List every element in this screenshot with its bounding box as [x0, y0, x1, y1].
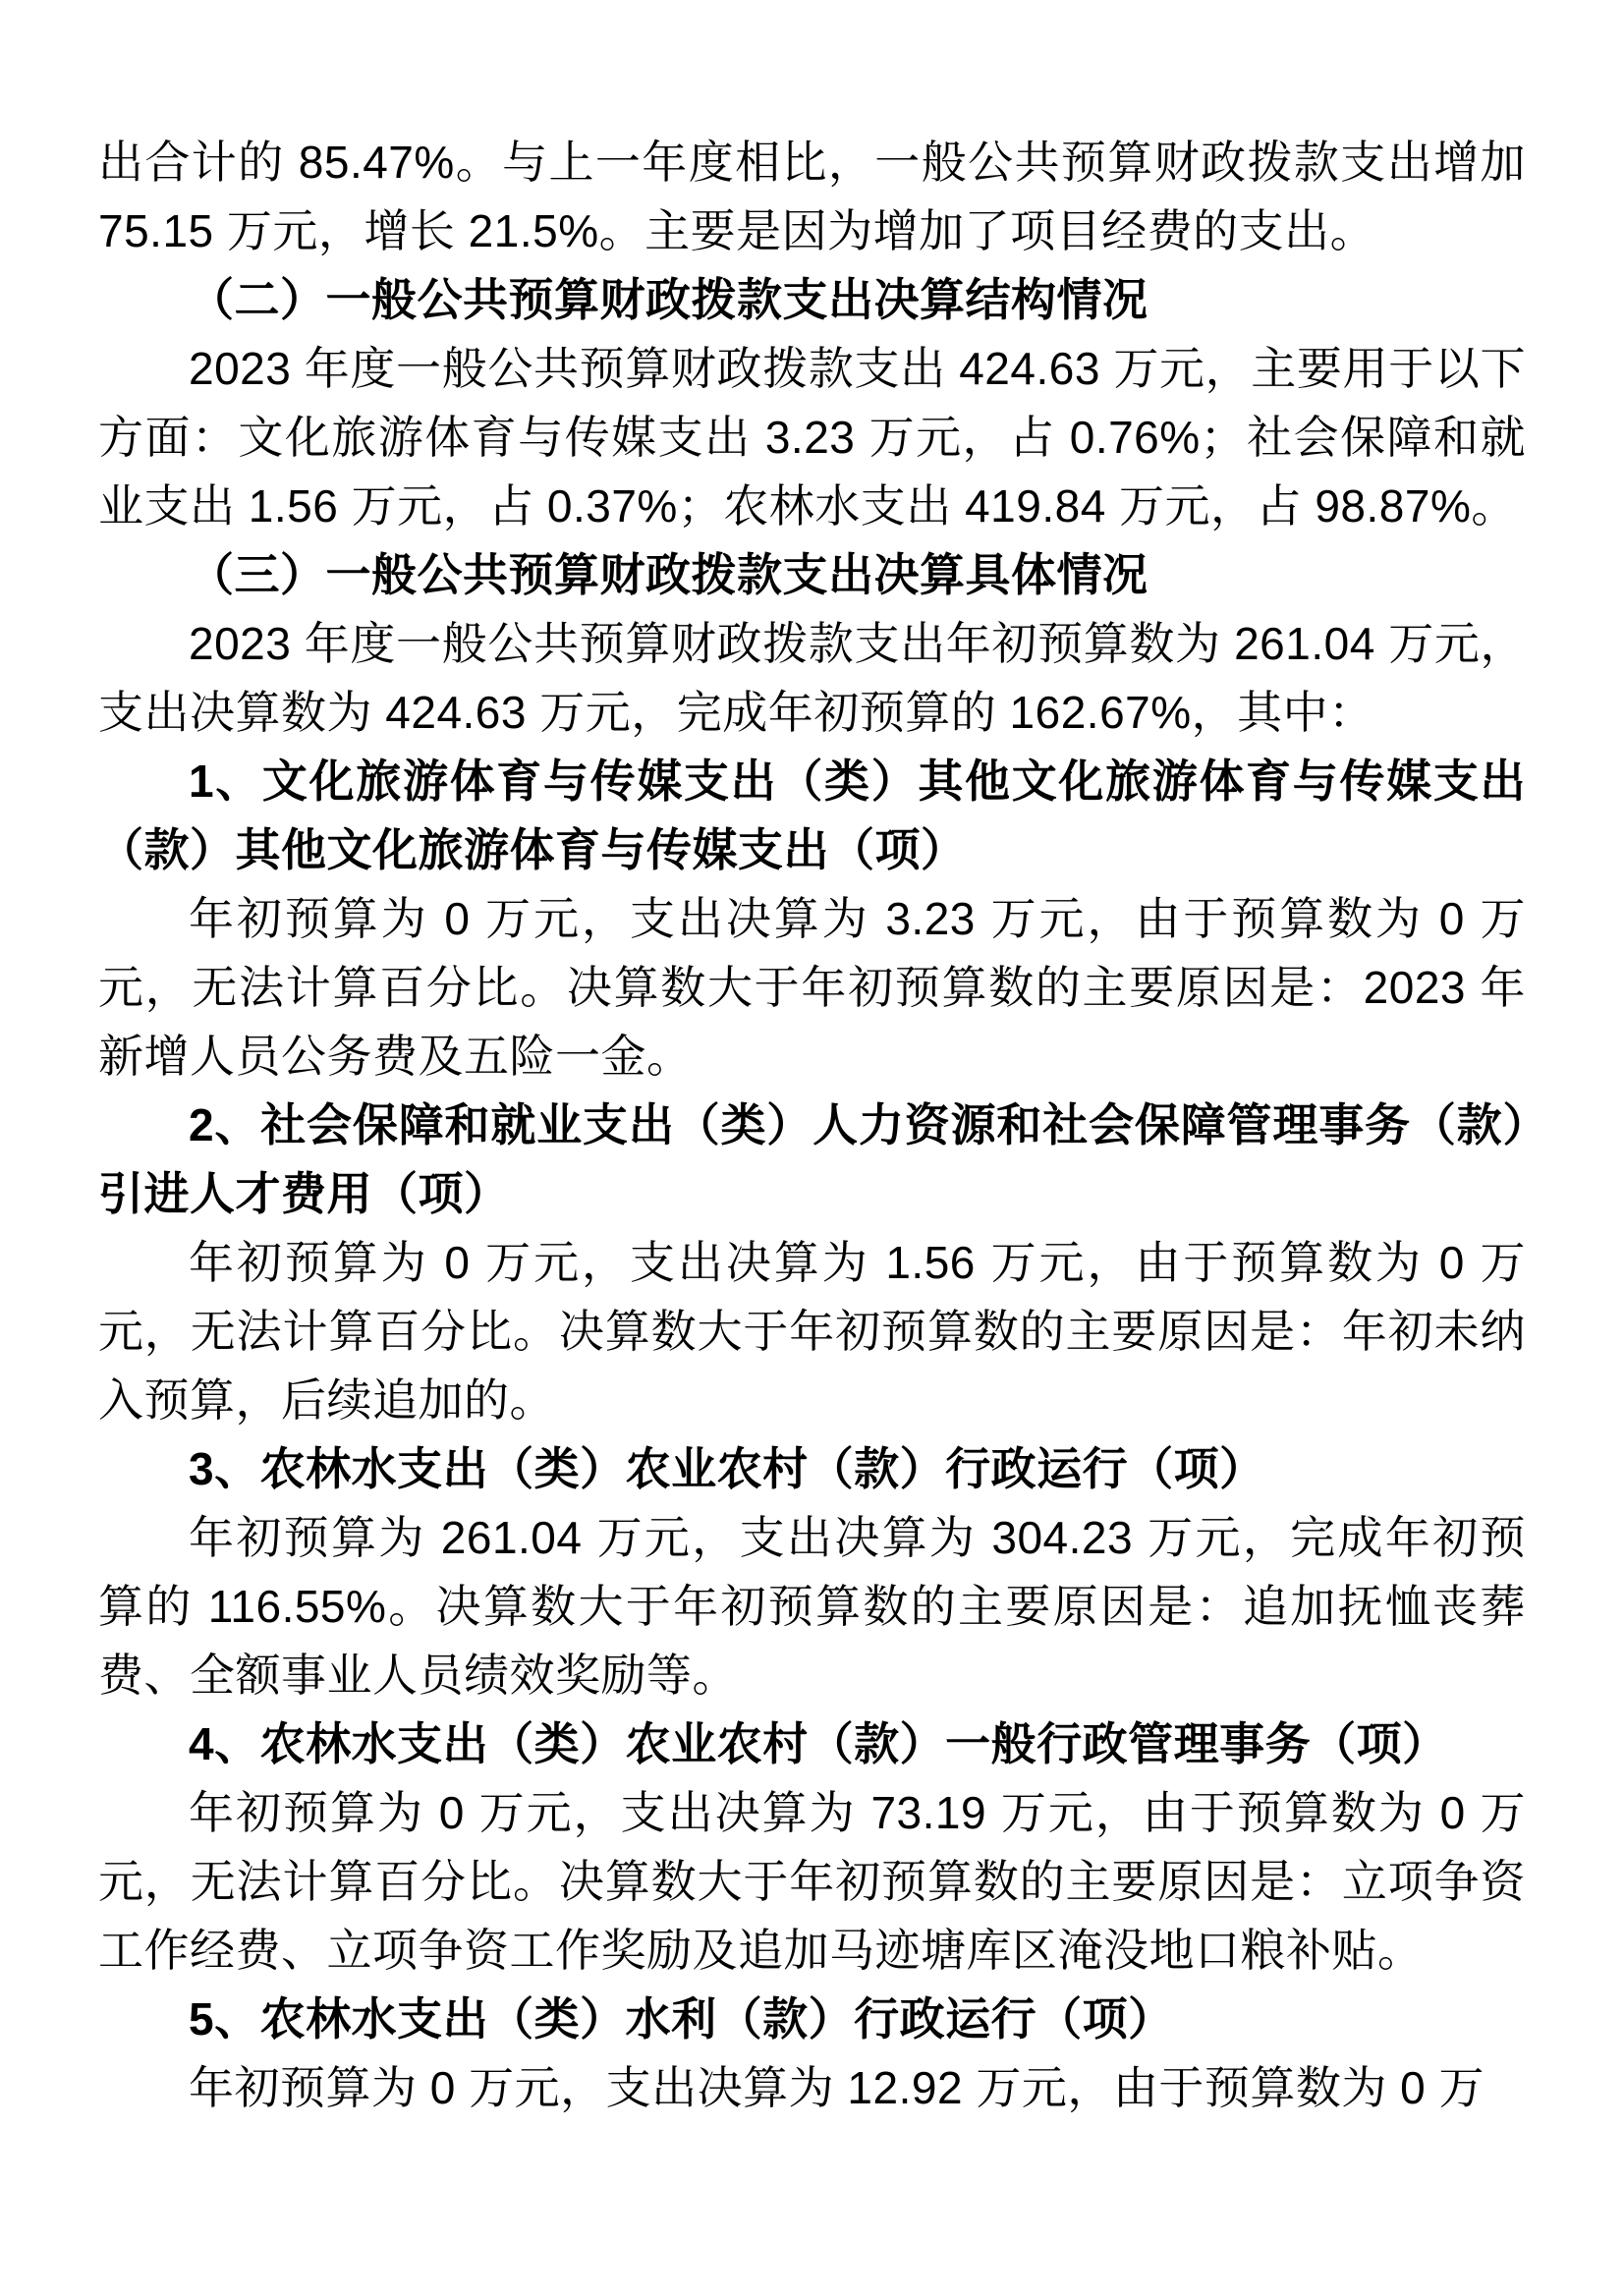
item-heading-3: 3、农林水支出（类）农业农村（款）行政运行（项）	[98, 1434, 1526, 1503]
item-heading-4: 4、农林水支出（类）农业农村（款）一般行政管理事务（项）	[98, 1709, 1526, 1778]
body-paragraph-continuation: 出合计的 85.47%。与上一年度相比，一般公共预算财政拨款支出增加 75.15…	[98, 128, 1526, 265]
body-paragraph-item-5: 年初预算为 0 万元，支出决算为 12.92 万元，由于预算数为 0 万	[98, 2053, 1526, 2122]
document-page: 出合计的 85.47%。与上一年度相比，一般公共预算财政拨款支出增加 75.15…	[0, 0, 1624, 2296]
body-paragraph-item-1: 年初预算为 0 万元，支出决算为 3.23 万元，由于预算数为 0 万元，无法计…	[98, 884, 1526, 1091]
body-paragraph-item-2: 年初预算为 0 万元，支出决算为 1.56 万元，由于预算数为 0 万元，无法计…	[98, 1228, 1526, 1434]
item-heading-2: 2、社会保障和就业支出（类）人力资源和社会保障管理事务（款）引进人才费用（项）	[98, 1091, 1526, 1228]
body-paragraph-item-3: 年初预算为 261.04 万元，支出决算为 304.23 万元，完成年初预算的 …	[98, 1503, 1526, 1709]
body-paragraph-item-4: 年初预算为 0 万元，支出决算为 73.19 万元，由于预算数为 0 万元，无法…	[98, 1778, 1526, 1985]
document-content: 出合计的 85.47%。与上一年度相比，一般公共预算财政拨款支出增加 75.15…	[98, 128, 1526, 2122]
section-heading-3: （三）一般公共预算财政拨款支出决算具体情况	[98, 540, 1526, 609]
item-heading-1: 1、文化旅游体育与传媒支出（类）其他文化旅游体育与传媒支出（款）其他文化旅游体育…	[98, 747, 1526, 884]
item-heading-5: 5、农林水支出（类）水利（款）行政运行（项）	[98, 1985, 1526, 2053]
body-paragraph-overview: 2023 年度一般公共预算财政拨款支出年初预算数为 261.04 万元，支出决算…	[98, 609, 1526, 747]
body-paragraph-structure: 2023 年度一般公共预算财政拨款支出 424.63 万元，主要用于以下方面：文…	[98, 334, 1526, 540]
section-heading-2: （二）一般公共预算财政拨款支出决算结构情况	[98, 265, 1526, 334]
